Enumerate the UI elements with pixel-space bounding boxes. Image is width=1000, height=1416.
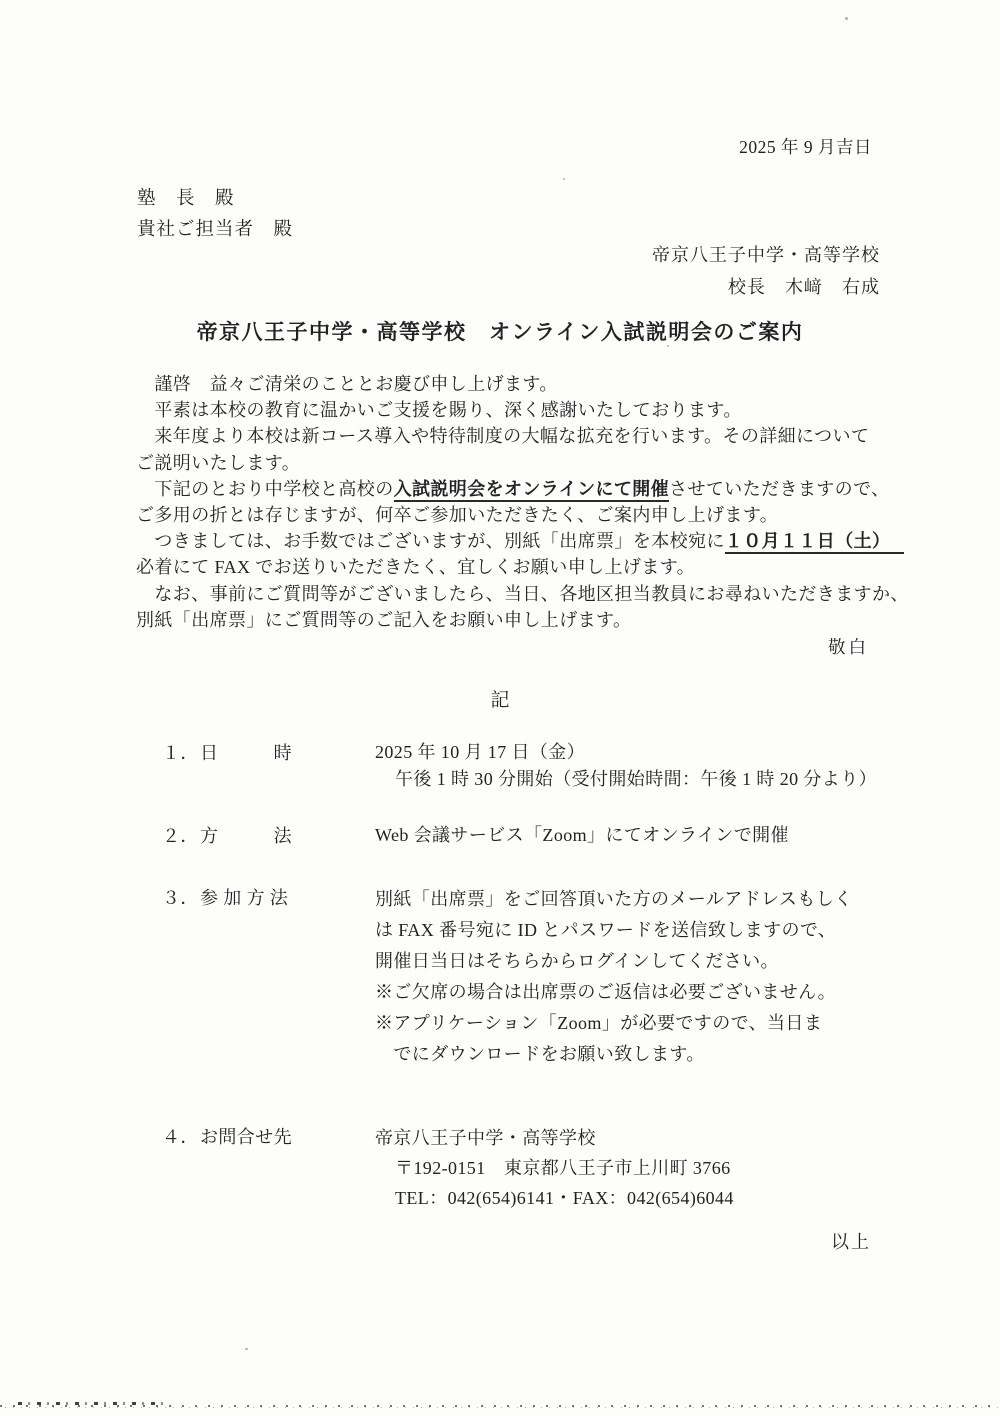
body-line: 必着にて FAX でお送りいただきたく、宜しくお願い申し上げます。 <box>136 554 881 580</box>
body-line: なお、事前にご質問等がございましたら、当日、各地区担当教員にお尋ねいただきますか… <box>136 581 881 607</box>
section-line: 別紙「出席票」をご回答頂いた方のメールアドレスもしく <box>375 884 853 915</box>
section-heading: ３． 参 加 方 法 <box>162 884 375 1070</box>
document-title: 帝京八王子中学・高等学校 オンライン入試説明会のご案内 <box>0 316 1000 346</box>
body-line: 来年度より本校は新コース導入や特待制度の大幅な拡充を行います。その詳細について <box>136 423 881 449</box>
section-datetime: １． 日 時 2025 年 10 月 17 日（金） 午後 1 時 30 分開始… <box>162 739 877 793</box>
contact-school-name: 帝京八王子中学・高等学校 <box>375 1123 734 1153</box>
section-line: 2025 年 10 月 17 日（金） <box>375 739 877 766</box>
sender-block: 帝京八王子中学・高等学校 校長 木﨑 右成 <box>652 239 880 303</box>
section-line: 午後 1 時 30 分開始（受付開始時間：午後 1 時 20 分より） <box>395 766 877 793</box>
recipient-line-juku: 塾 長 殿 <box>137 184 293 215</box>
body-line: ご説明いたします。 <box>136 450 881 476</box>
section-number: ３． <box>162 884 200 1070</box>
section-label: 参 加 方 法 <box>200 884 288 1070</box>
section-line: は FAX 番号宛に ID とパスワードを送信致しますので、 <box>375 915 853 946</box>
section-number: ４． <box>162 1123 200 1213</box>
body-text: つきましては、お手数ではございますが、別紙「出席票」を本校宛に <box>136 531 725 551</box>
scan-speck <box>667 345 669 347</box>
section-method: ２． 方 法 Web 会議サービス「Zoom」にてオンラインで開催 <box>162 822 789 849</box>
section-line: Web 会議サービス「Zoom」にてオンラインで開催 <box>375 822 789 849</box>
recipient-block: 塾 長 殿 貴社ご担当者 殿 <box>137 184 293 246</box>
section-line: でにダウンロードをお願い致します。 <box>375 1039 853 1070</box>
scan-speck <box>245 1348 248 1350</box>
section-label: お問合せ先 <box>200 1123 292 1213</box>
end-marker: 以上 <box>831 1228 871 1254</box>
letter-page: 2025 年 9 月吉日 塾 長 殿 貴社ご担当者 殿 帝京八王子中学・高等学校… <box>0 0 1000 1416</box>
contact-phone-fax: TEL：042(654)6141・FAX：042(654)6044 <box>395 1183 734 1213</box>
section-label: 日 時 <box>200 739 292 793</box>
section-heading: ２． 方 法 <box>162 822 375 849</box>
section-heading: １． 日 時 <box>162 739 375 793</box>
body-line: 平素は本校の教育に温かいご支援を賜り、深く感謝いたしております。 <box>136 397 881 423</box>
record-marker: 記 <box>0 685 1000 712</box>
sender-school-name: 帝京八王子中学・高等学校 <box>652 239 880 271</box>
section-contact: ４． お問合せ先 帝京八王子中学・高等学校 〒192-0151 東京都八王子市上… <box>162 1123 734 1213</box>
body-text: 下記のとおり中学校と高校の <box>136 479 394 499</box>
underlined-emphasis-online: 入試説明会をオンラインにて開催 <box>394 479 669 502</box>
section-line: ※アプリケーション「Zoom」が必要ですので、当日ま <box>375 1008 853 1039</box>
contact-address: 〒192-0151 東京都八王子市上川町 3766 <box>395 1153 734 1183</box>
body-line: 下記のとおり中学校と高校の入試説明会をオンラインにて開催させていただきますので、 <box>136 476 881 502</box>
closing-salutation: 敬白 <box>828 634 869 659</box>
section-participation: ３． 参 加 方 法 別紙「出席票」をご回答頂いた方のメールアドレスもしく は … <box>162 884 853 1070</box>
body-text: させていただきますので、 <box>669 479 889 499</box>
body-line: ご多用の折とは存じますが、何卒ご参加いただきたく、ご案内申し上げます。 <box>136 502 881 528</box>
section-content: Web 会議サービス「Zoom」にてオンラインで開催 <box>375 822 789 849</box>
letter-body: 謹啓 益々ご清栄のこととお慶び申し上げます。 平素は本校の教育に温かいご支援を賜… <box>136 371 881 633</box>
underlined-deadline-date: １０月１１日（土） <box>725 531 905 554</box>
section-line: ※ご欠席の場合は出席票のご返信は必要ございません。 <box>375 977 853 1008</box>
sender-principal-name: 校長 木﨑 右成 <box>652 271 880 303</box>
section-number: ２． <box>162 822 200 849</box>
section-heading: ４． お問合せ先 <box>162 1123 375 1213</box>
scan-noise-blob <box>18 1399 168 1408</box>
section-number: １． <box>162 739 200 793</box>
body-line: 謹啓 益々ご清栄のこととお慶び申し上げます。 <box>136 371 881 397</box>
section-label: 方 法 <box>200 822 292 849</box>
scan-speck <box>563 178 565 180</box>
section-content: 2025 年 10 月 17 日（金） 午後 1 時 30 分開始（受付開始時間… <box>375 739 877 793</box>
body-line: 別紙「出席票」にご質問等のご記入をお願い申し上げます。 <box>136 607 881 633</box>
section-content: 別紙「出席票」をご回答頂いた方のメールアドレスもしく は FAX 番号宛に ID… <box>375 884 853 1070</box>
recipient-line-company: 貴社ご担当者 殿 <box>137 215 293 246</box>
section-line: 開催日当日はそちらからログインしてください。 <box>375 946 853 977</box>
section-content: 帝京八王子中学・高等学校 〒192-0151 東京都八王子市上川町 3766 T… <box>375 1123 734 1213</box>
body-line: つきましては、お手数ではございますが、別紙「出席票」を本校宛に１０月１１日（土） <box>136 528 881 554</box>
document-date: 2025 年 9 月吉日 <box>739 134 872 159</box>
scan-speck <box>845 17 848 20</box>
